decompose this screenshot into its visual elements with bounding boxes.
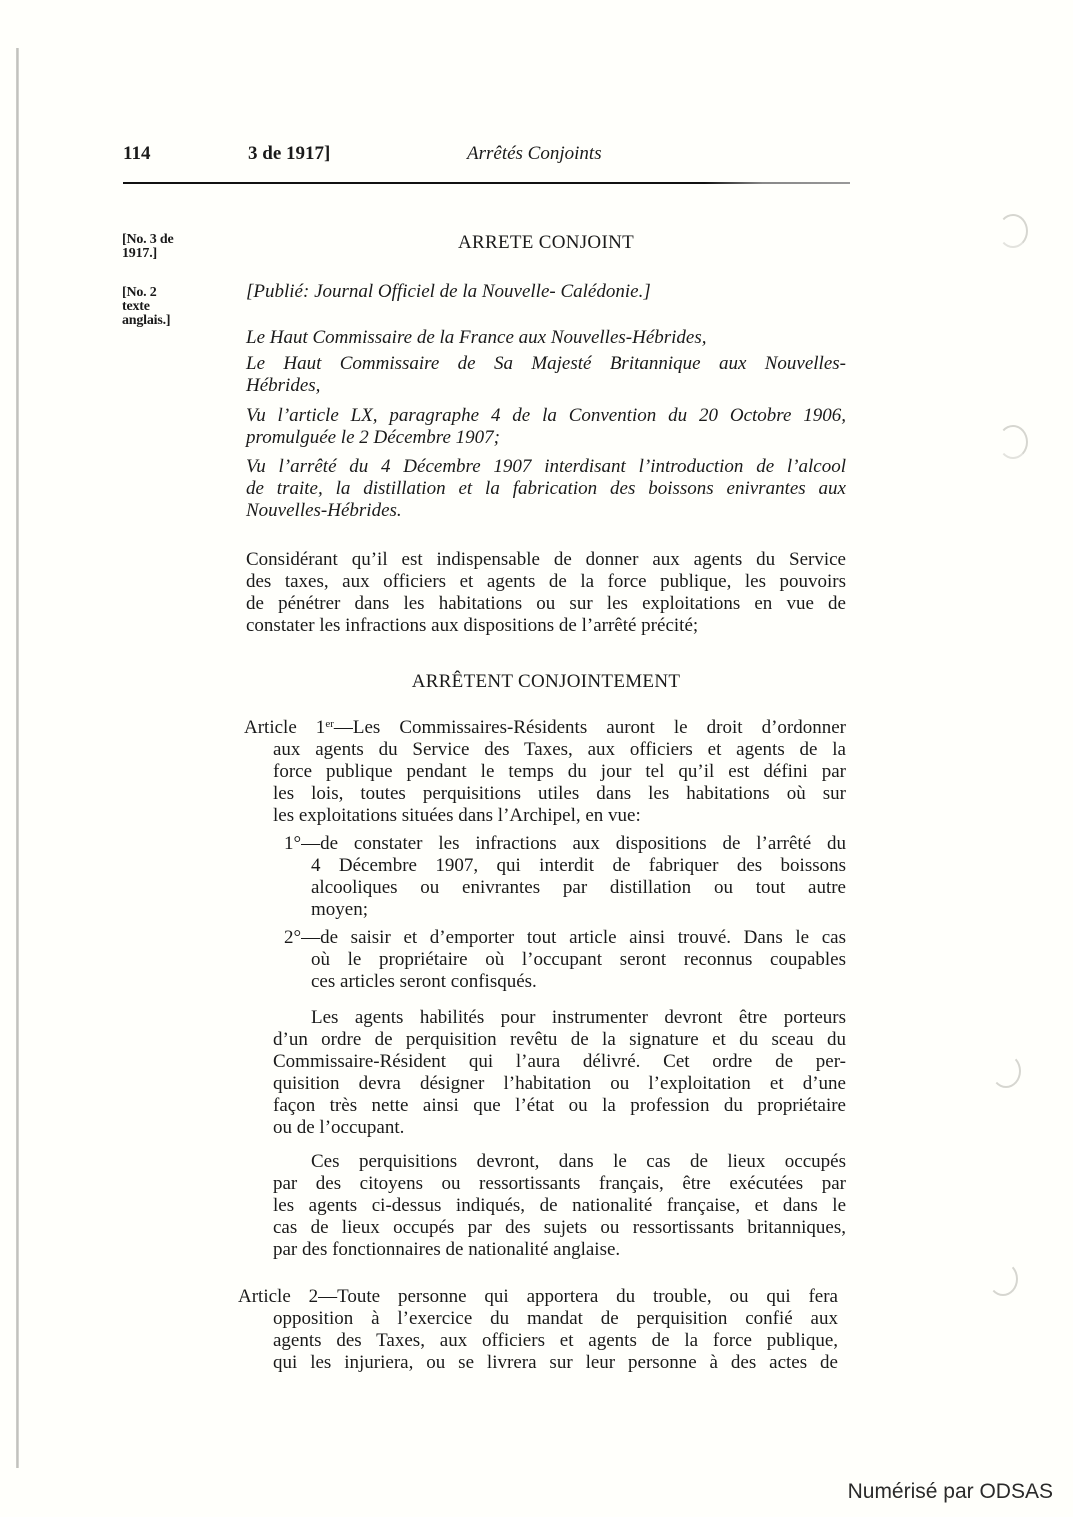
article-1-perquisitions-line: par des citoyens ou ressortissants franç… — [273, 1173, 846, 1195]
article-1-line: les exploitations situées dans l’Archipe… — [273, 805, 641, 827]
margin-note-line: [No. 2 — [122, 286, 170, 300]
preamble-arrete-line: Vu l’arrêté du 4 Décembre 1907 interdisa… — [246, 456, 846, 478]
article-1-perquisitions-line: les agents ci-dessus indiqués, de nation… — [273, 1195, 846, 1217]
article-1-item-2-line: 2°—de saisir et d’emporter tout article … — [284, 927, 846, 949]
margin-note-number: [No. 3 de 1917.] — [122, 233, 173, 261]
decree-heading: ARRÊTENT CONJOINTEMENT — [246, 671, 846, 693]
preamble-british-commissioner-line: Hébrides, — [246, 375, 320, 397]
margin-note-line: 1917.] — [122, 247, 173, 261]
running-head: 114 3 de 1917] Arrêtés Conjoints — [0, 143, 1073, 169]
punch-hole-icon — [991, 1054, 1021, 1088]
article-1-line: force publique pendant le temps du jour … — [273, 761, 846, 783]
publication-note: [Publié: Journal Officiel de la Nouvelle… — [246, 281, 651, 303]
article-1-perquisitions-line: Ces perquisitions devront, dans le cas d… — [311, 1151, 846, 1173]
preamble-arrete-line: Nouvelles-Hébrides. — [246, 500, 402, 522]
article-2-line: agents des Taxes, aux officiers et agent… — [273, 1330, 838, 1352]
page-number: 114 — [123, 143, 150, 165]
article-1-agents-line: quisition devra désigner l’habitation ou… — [273, 1073, 846, 1095]
article-2-line: qui les injuriera, ou se livrera sur leu… — [273, 1352, 838, 1374]
article-1-agents-line: façon très nette ainsi que l’état ou la … — [273, 1095, 846, 1117]
article-1-label: Article 1 — [244, 717, 325, 738]
article-1-item-1-line: 4 Décembre 1907, qui interdit de fabriqu… — [311, 855, 846, 877]
article-1-perquisitions-line: par des fonctionnaires de nationalité an… — [273, 1239, 620, 1261]
article-1-agents-line: ou de l’occupant. — [273, 1117, 404, 1139]
margin-note-line: texte — [122, 300, 170, 314]
article-1-first-line-text: —Les Commissaires-Résidents auront le dr… — [334, 717, 846, 738]
punch-hole-icon — [998, 425, 1028, 459]
running-head-reference: 3 de 1917] — [248, 143, 330, 165]
considerant-line: constater les infractions aux dispositio… — [246, 615, 698, 637]
scan-edge-shadow — [16, 48, 19, 1468]
article-1-item-1-line: alcooliques ou enivrantes par distillati… — [311, 877, 846, 899]
article-1-line: aux agents du Service des Taxes, aux off… — [273, 739, 846, 761]
punch-hole-icon — [998, 214, 1028, 248]
article-2-line: Article 2—Toute personne qui apportera d… — [238, 1286, 838, 1308]
article-1-item-1-line: moyen; — [311, 899, 368, 921]
preamble-arrete-line: de traite, la distillation et la fabrica… — [246, 478, 846, 500]
document-title: ARRETE CONJOINT — [246, 232, 846, 254]
considerant-line: de pénétrer dans les habitations ou sur … — [246, 593, 846, 615]
article-1-label-superscript: er — [325, 718, 334, 730]
article-1-agents-line: Commissaire-Résident qui l’aura délivré.… — [273, 1051, 846, 1073]
punch-hole-icon — [988, 1262, 1018, 1296]
preamble-convention-line: Vu l’article LX, paragraphe 4 de la Conv… — [246, 405, 846, 427]
header-rule — [123, 182, 850, 184]
article-1-agents-line: Les agents habilités pour instrumenter d… — [311, 1007, 846, 1029]
digitization-credit: Numérisé par ODSAS — [848, 1480, 1053, 1504]
preamble-british-commissioner-line: Le Haut Commissaire de Sa Majesté Britan… — [246, 353, 846, 375]
considerant-line: des taxes, aux officiers et agents de la… — [246, 571, 846, 593]
considerant-line: Considérant qu’il est indispensable de d… — [246, 549, 846, 571]
preamble-convention-line: promulguée le 2 Décembre 1907; — [246, 427, 500, 449]
article-1-agents-line: d’un ordre de perquisition revêtu de la … — [273, 1029, 846, 1051]
margin-note-line: anglais.] — [122, 314, 170, 328]
article-1-item-2-line: où le propriétaire où l’occupant seront … — [311, 949, 846, 971]
running-head-section-title: Arrêtés Conjoints — [467, 143, 602, 165]
article-1-perquisitions-line: cas de lieux occupés par des sujets ou r… — [273, 1217, 846, 1239]
scanned-page: 114 3 de 1917] Arrêtés Conjoints [No. 3 … — [0, 0, 1073, 1517]
article-1-item-1-line: 1°—de constater les infractions aux disp… — [284, 833, 846, 855]
preamble-french-commissioner: Le Haut Commissaire de la France aux Nou… — [246, 327, 707, 349]
margin-note-line: [No. 3 de — [122, 233, 173, 247]
article-2-line: opposition à l’exercice du mandat de per… — [273, 1308, 838, 1330]
margin-note-english-text: [No. 2 texte anglais.] — [122, 286, 170, 328]
article-1-item-2-line: ces articles seront confisqués. — [311, 971, 537, 993]
article-1-first-line: Article 1er—Les Commissaires-Résidents a… — [244, 717, 846, 739]
article-1-line: les lois, toutes perquisitions utiles da… — [273, 783, 846, 805]
